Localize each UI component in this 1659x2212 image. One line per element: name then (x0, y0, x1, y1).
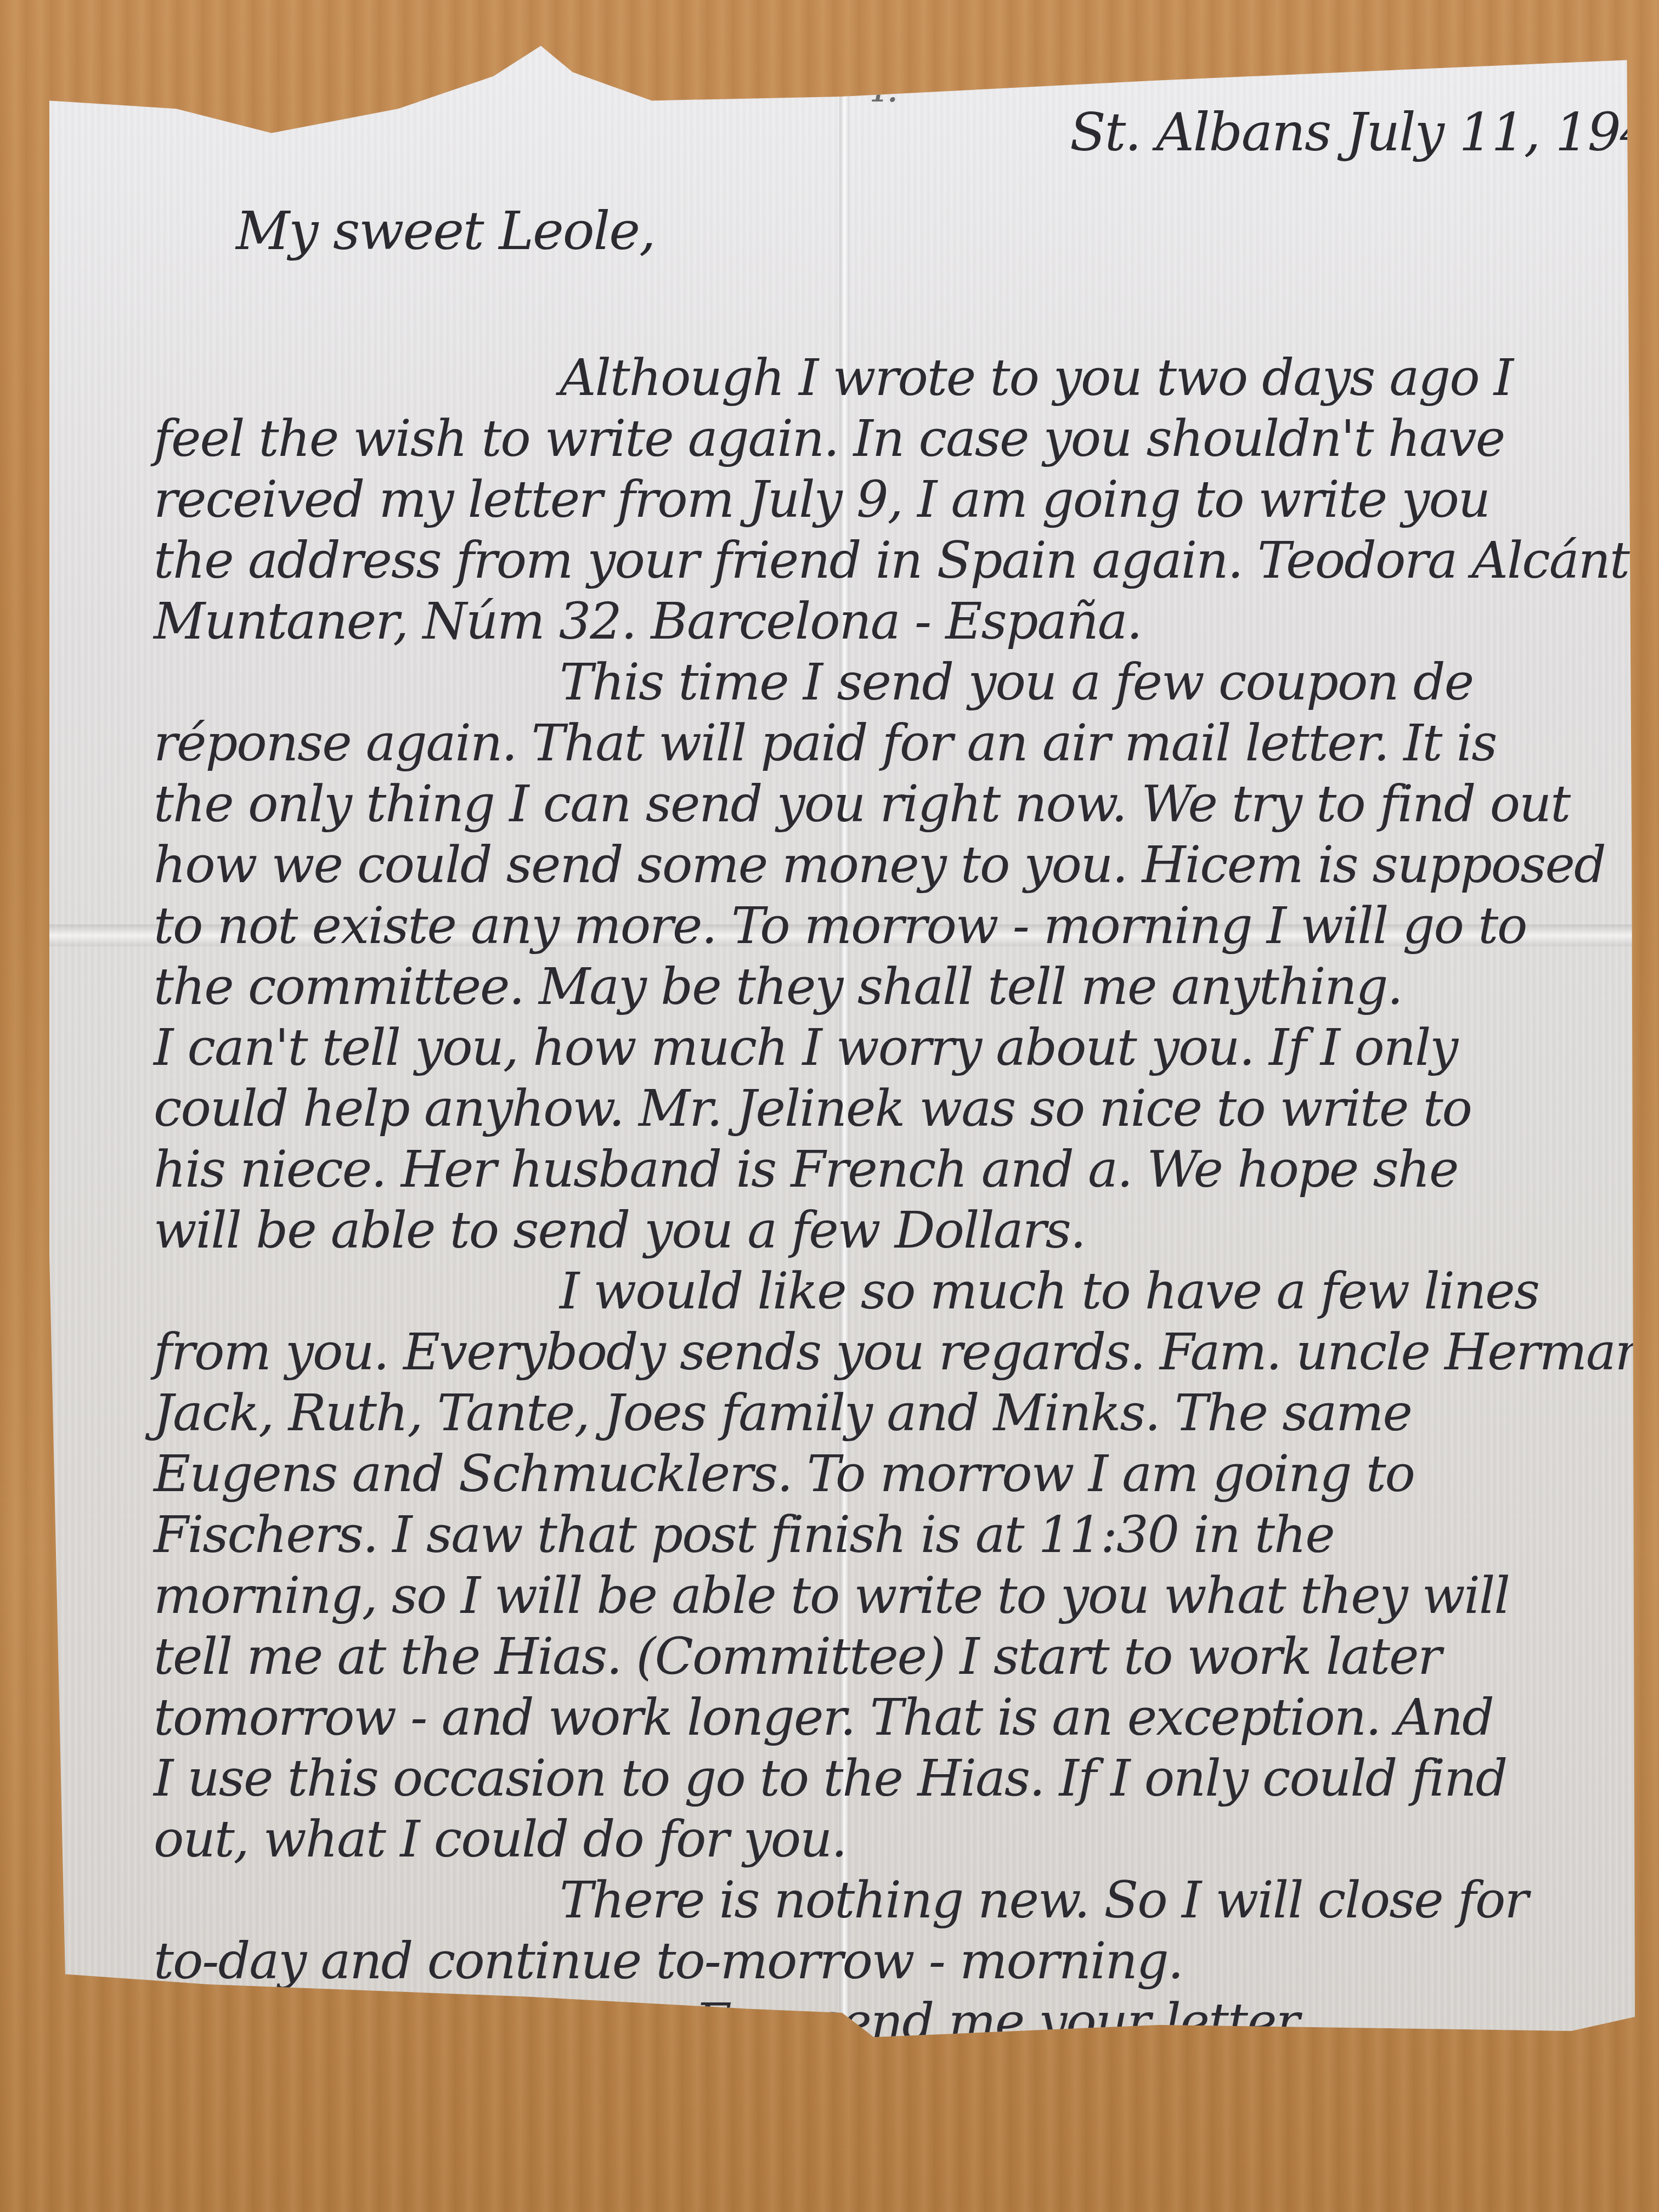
letter-line: tomorrow - and work longer. That is an e… (154, 1688, 1493, 1747)
letter-line: the committee. May be they shall tell me… (154, 957, 1402, 1016)
letter-line: Muntaner, Núm 32. Barcelona - España. (154, 592, 1142, 651)
letter-line: to not existe any more. To morrow - morn… (154, 896, 1527, 955)
letter-line: Although I wrote to you two days ago I (560, 348, 1513, 407)
letter-line: There is nothing new. So I will close fo… (560, 1871, 1527, 1929)
letter-line: received my letter from July 9, I am goi… (154, 470, 1489, 529)
salutation: My sweet Leole, (236, 200, 655, 262)
letter-line: Good night then. Mrs Ems send me your le… (154, 1993, 1308, 2051)
letter-line: the address from your friend in Spain ag… (154, 531, 1659, 590)
letter-line: I use this occasion to go to the Hias. I… (154, 1749, 1506, 1808)
letter-line: tell me at the Hias. (Committee) I start… (154, 1627, 1441, 1686)
letter-line: from you. Everybody sends you regards. F… (154, 1323, 1646, 1381)
letter-line: how we could send some money to you. Hic… (154, 836, 1605, 894)
place-date: St. Albans July 11, 1940 (1070, 101, 1659, 163)
letter-line: I can't tell you, how much I worry about… (154, 1018, 1457, 1077)
letter-line: out, what I could do for you. (154, 1810, 847, 1869)
letter-line: I would like so much to have a few lines (560, 1262, 1539, 1321)
letter-line: Eugens and Schmucklers. To morrow I am g… (154, 1444, 1414, 1503)
page-number: I. (872, 66, 898, 111)
letter-line: will be able to send you a few Dollars. (154, 1201, 1085, 1260)
letter-line: Fischers. I saw that post finish is at 1… (154, 1505, 1334, 1564)
letter-line: his niece. Her husband is French and a. … (154, 1140, 1458, 1199)
letter-line: morning, so I will be able to write to y… (154, 1566, 1509, 1625)
letter-line: réponse again. That will paid for an air… (154, 714, 1496, 772)
letter-line: the only thing I can send you right now.… (154, 775, 1570, 833)
letter-line: Jack, Ruth, Tante, Joes family and Minks… (154, 1384, 1412, 1442)
letter-line: could help anyhow. Mr. Jelinek was so ni… (154, 1079, 1471, 1138)
letter-line: This time I send you a few coupon de (560, 653, 1473, 712)
letter-paper: I. St. Albans July 11, 1940 My sweet Leo… (49, 36, 1635, 2066)
letter-line: feel the wish to write again. In case yo… (154, 409, 1504, 468)
letter-line: to-day and continue to-morrow - morning. (154, 1932, 1183, 1990)
